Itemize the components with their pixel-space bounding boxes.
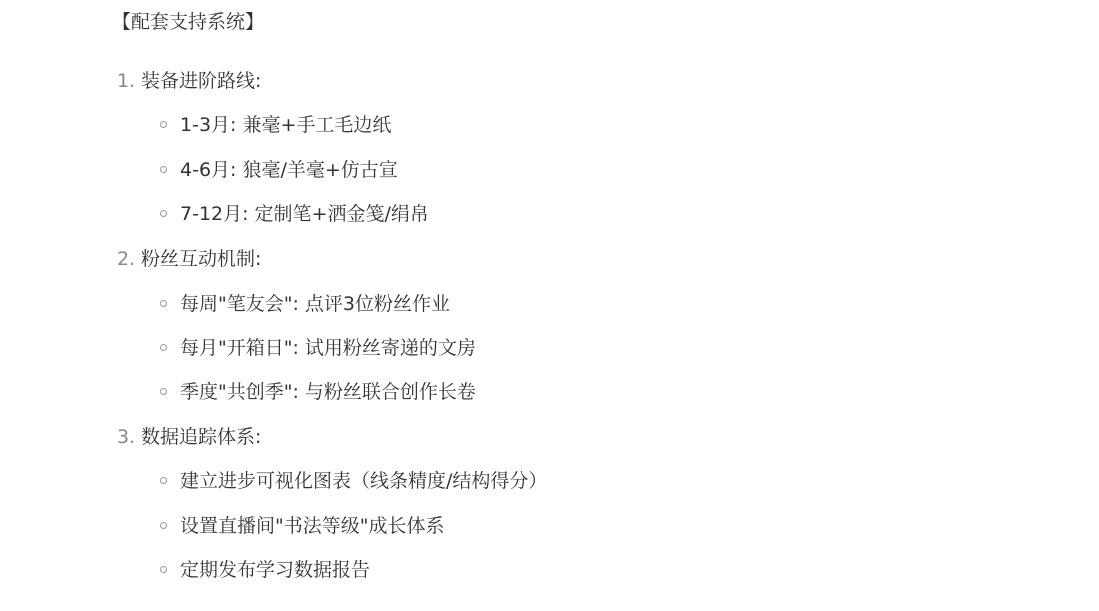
sub-item-text: 1-3月: 兼毫+手工毛边纸	[180, 112, 391, 138]
list-number: 2.	[117, 246, 135, 272]
sub-item-text: 每月"开箱日": 试用粉丝寄递的文房	[180, 335, 476, 361]
list-item-equipment: 1. 装备进阶路线:	[0, 68, 600, 94]
hollow-bullet-icon	[160, 210, 167, 217]
list-heading: 装备进阶路线:	[141, 68, 261, 94]
sub-item: 每周"笔友会": 点评3位粉丝作业	[0, 291, 700, 317]
section-title: 【配套支持系统】	[112, 9, 264, 35]
list-heading: 粉丝互动机制:	[141, 246, 261, 272]
sub-item-text: 定期发布学习数据报告	[180, 557, 370, 583]
sub-item: 7-12月: 定制笔+洒金笺/绢帛	[0, 201, 700, 227]
sub-item: 设置直播间"书法等级"成长体系	[0, 513, 700, 539]
sub-item: 季度"共创季": 与粉丝联合创作长卷	[0, 379, 700, 405]
list-number: 1.	[117, 68, 135, 94]
sub-item: 4-6月: 狼毫/羊毫+仿古宣	[0, 157, 700, 183]
sub-item: 定期发布学习数据报告	[0, 557, 700, 583]
hollow-bullet-icon	[160, 300, 167, 307]
sub-item: 建立进步可视化图表（线条精度/结构得分）	[0, 468, 800, 494]
sub-item: 每月"开箱日": 试用粉丝寄递的文房	[0, 335, 700, 361]
sub-item-text: 季度"共创季": 与粉丝联合创作长卷	[180, 379, 476, 405]
sub-item: 1-3月: 兼毫+手工毛边纸	[0, 112, 700, 138]
sub-item-text: 设置直播间"书法等级"成长体系	[180, 513, 444, 539]
hollow-bullet-icon	[160, 477, 167, 484]
list-item-data-tracking: 3. 数据追踪体系:	[0, 424, 600, 450]
list-number: 3.	[117, 424, 135, 450]
hollow-bullet-icon	[160, 344, 167, 351]
sub-item-text: 每周"笔友会": 点评3位粉丝作业	[180, 291, 450, 317]
hollow-bullet-icon	[160, 166, 167, 173]
hollow-bullet-icon	[160, 566, 167, 573]
hollow-bullet-icon	[160, 121, 167, 128]
sub-item-text: 7-12月: 定制笔+洒金笺/绢帛	[180, 201, 429, 227]
hollow-bullet-icon	[160, 388, 167, 395]
list-item-fan-interaction: 2. 粉丝互动机制:	[0, 246, 600, 272]
hollow-bullet-icon	[160, 522, 167, 529]
sub-item-text: 建立进步可视化图表（线条精度/结构得分）	[180, 468, 547, 494]
sub-item-text: 4-6月: 狼毫/羊毫+仿古宣	[180, 157, 398, 183]
list-heading: 数据追踪体系:	[141, 424, 261, 450]
